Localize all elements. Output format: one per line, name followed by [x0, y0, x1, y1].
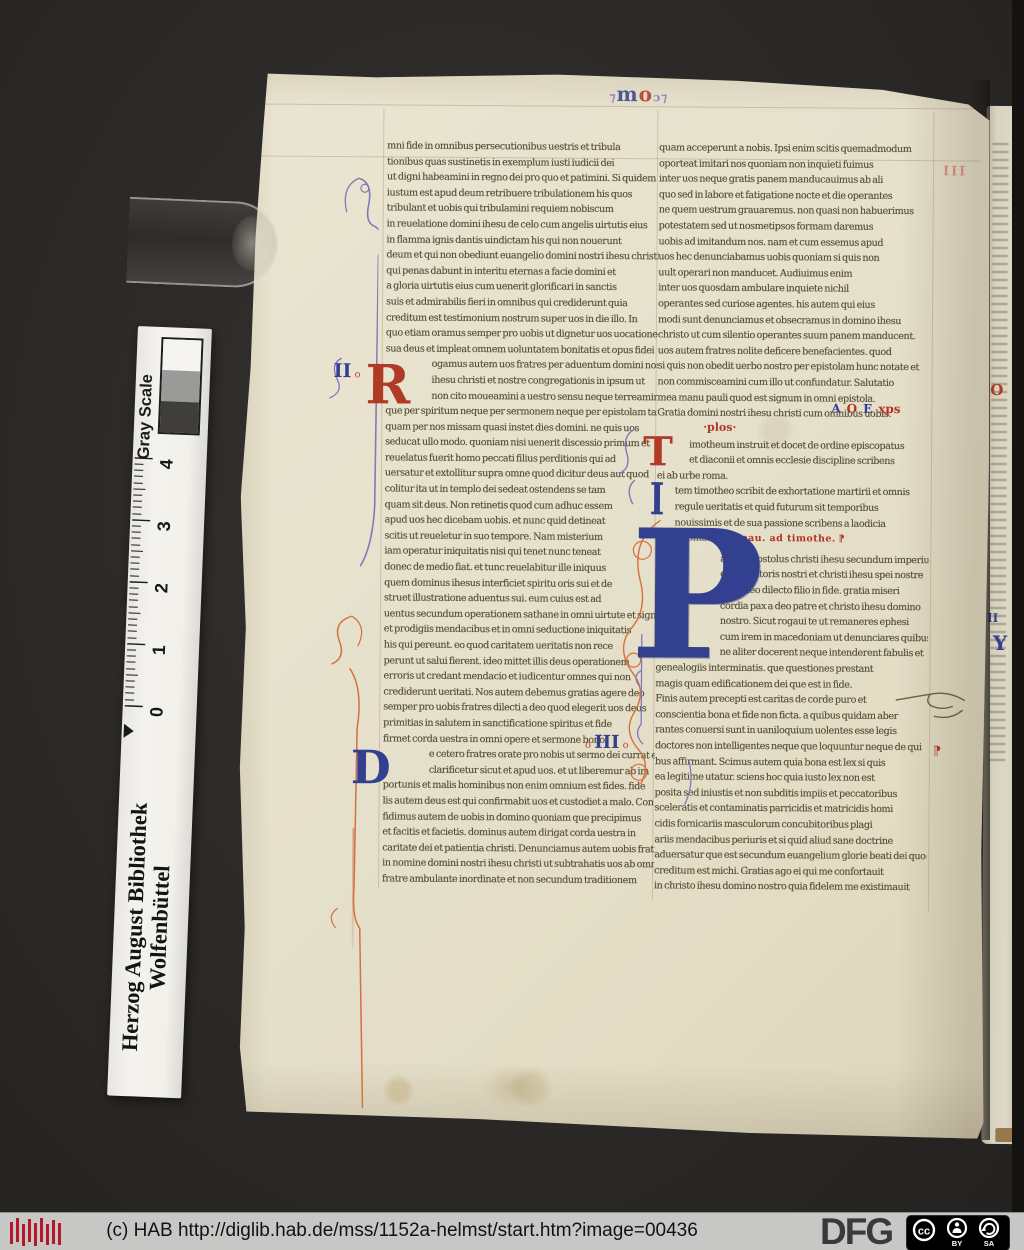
facing-page-text-blur: [989, 141, 1008, 761]
digitized-manuscript-photo: { "footer": { "copyright_url": "(c) HAB …: [0, 0, 1024, 1250]
manuscript-text-line: iam operatur iniquitatis nisi qui tenet …: [384, 544, 656, 561]
manuscript-text-line: portunis et malis hominibus non enim omn…: [383, 778, 655, 795]
manuscript-text-line: ariis mendacibus periuris et si quid ali…: [654, 832, 926, 849]
folio-number: III: [943, 164, 967, 179]
rubric-paragraph-mark: ⁋: [838, 534, 845, 545]
manuscript-text-line: crediderunt ueritati. Nos autem debemus …: [383, 684, 655, 701]
running-title-flourish: ɔ⁊: [653, 90, 668, 104]
running-title: ⁊moɔ⁊: [609, 82, 668, 106]
manuscript-text-line: in christo ihesu domino nostro quia fide…: [654, 879, 926, 896]
manuscript-text-line: uos hec denunciabamus uobis quoniam si q…: [658, 249, 930, 266]
orange-margin-flourish: [318, 608, 367, 1108]
ruler-number-4: 4: [156, 459, 177, 470]
running-title-letter-blue: m: [616, 82, 638, 106]
manuscript-text-line: uentus secundum operationem sathane in o…: [384, 606, 656, 623]
manuscript-text-line: his qui pereunt. eo quod caritatem uerit…: [384, 637, 656, 654]
manuscript-text-line: quam acceperunt a nobis. Ipsi enim sciti…: [659, 140, 931, 157]
manuscript-text-line: uult operari non manducet. Audiuimus eni…: [658, 265, 930, 282]
manuscript-text-line: ogamus autem uos fratres per aduentum do…: [386, 357, 658, 374]
ruler-number-3: 3: [154, 521, 175, 532]
chapter-number-ii: II o: [334, 360, 361, 382]
manuscript-text-line: tionibus quas sustinetis in exemplum ius…: [387, 154, 659, 171]
left-text-column: mni fide in omnibus persecutionibus uest…: [382, 138, 659, 888]
ruler-arrow-mark: [123, 724, 134, 738]
manuscript-text-line: ne quem uestrum grauaremus. non quasi no…: [659, 203, 931, 220]
manuscript-text-line: deum et qui non obediunt euangelio domin…: [386, 248, 658, 265]
manuscript-text-line: christo ut cum silentio operantes suum p…: [658, 327, 930, 344]
manuscript-text-line: fratre ambulante inordinate et non secun…: [382, 871, 654, 888]
page-holder-clip: [126, 197, 280, 289]
clip-tip-highlight: [231, 215, 273, 271]
manuscript-text-line: caritate dei et patientia christi. Denun…: [382, 840, 654, 857]
manuscript-text-line: operantes sed curiose agentes. his autem…: [658, 296, 930, 313]
manuscript-text-line: non cito moueamini a uestro sensu neque …: [385, 388, 657, 405]
manuscript-text-line: uobis ad imitandum nos. nam et cum essem…: [658, 234, 930, 251]
initial-t: T: [643, 428, 673, 475]
manuscript-text-line: oporteat imitari nos quoniam non inquiet…: [659, 156, 931, 173]
right-section-prologue1: imotheum instruit et docet de ordine epi…: [657, 437, 929, 486]
left-section-chapter2: ogamus autem uos fratres per aduentum do…: [383, 357, 658, 749]
grayscale-label: Gray Scale: [135, 334, 159, 460]
cc-by-label: BY: [952, 1239, 962, 1248]
ruler-number-2: 2: [151, 583, 172, 594]
manuscript-text-line: inter uos neque gratis panem manducauimu…: [659, 172, 931, 189]
manuscript-text-line: et diaconii et omnis ecclesie discipline…: [657, 453, 929, 470]
manuscript-text-line: qui penas dabunt in interitu eternas a f…: [386, 263, 658, 280]
cc-by-sa-icons: cc BY SA: [907, 1216, 1007, 1248]
left-section-chapter3: e cetero fratres orate pro nobis ut serm…: [382, 747, 655, 889]
explicit-mark: ·plos·: [703, 421, 736, 434]
binding-sliver: [995, 1128, 1013, 1142]
initial-d: D: [351, 740, 391, 794]
manuscript-text-line: in flamma ignis dantis uindictam his qui…: [386, 232, 658, 249]
running-title-letter-red: o: [639, 82, 654, 106]
manuscript-text-line: ei ab urbe roma.: [657, 468, 929, 485]
footer-bar: (c) HAB http://diglib.hab.de/mss/1152a-h…: [0, 1212, 1024, 1250]
patch-darkgray: [160, 401, 199, 434]
initial-r: R: [365, 352, 410, 416]
chapter-number-iii: o III o: [585, 732, 629, 753]
dfg-logo: DFG: [820, 1211, 892, 1250]
manuscript-text-line: struet illustratione aduentus sui. eum c…: [384, 591, 656, 608]
manuscript-text-line: uos autem fratres nolite deficere benefa…: [658, 343, 930, 360]
facing-page-red-initial: O: [990, 381, 1003, 399]
manuscript-text-line: inter uos quosdam ambulare inquiete nich…: [658, 281, 930, 298]
manuscript-text-line: in reuelatione domini ihesu de celo cum …: [387, 216, 659, 233]
institution-line2: Wolfenbüttel: [144, 865, 174, 991]
manuscript-text-line: non commisceamini cum illo ut confundatu…: [657, 374, 929, 391]
creative-commons-badge: cc BY SA: [906, 1215, 1010, 1250]
patch-midgray: [161, 370, 200, 403]
manuscript-text-line: ut digni habeamini in regno dei pro quo …: [387, 170, 659, 187]
manuscript-text-line: iustum est apud deum retribuere tribulat…: [387, 185, 659, 202]
manuscript-text-line: si quis non obedit uerbo nostro per epis…: [658, 359, 930, 376]
manuscript-text-line: donec de medio fiat. et tunc reuelabitur…: [384, 559, 656, 576]
manuscript-text-line: quem dominus ihesus interficiet spiritu …: [384, 575, 656, 592]
red-margin-mark: ⁋: [933, 744, 941, 759]
manuscript-text-line: semper pro uobis fratres dilecti a deo q…: [383, 700, 655, 717]
manuscript-text-line: aduersatur que est secundum euangelium g…: [654, 847, 926, 864]
grayscale-ruler-strip: Gray Scale 4 3 2 1 0 Herzog August Bibli…: [107, 326, 212, 1098]
manuscript-text-line: perunt ut salui fierent. ideo mittet ill…: [384, 653, 656, 670]
explicit-capitals: AOExps: [831, 402, 900, 416]
manuscript-text-line: sua deus et impleat omnem uoluntatem bon…: [386, 341, 658, 358]
manuscript-text-line: a gloria uirtutis eius cum uenerit glori…: [386, 279, 658, 296]
manuscript-text-line: erroris ut credant mendacio et iudicentu…: [383, 669, 655, 686]
manuscript-text-line: creditum est michi. Gratias ago ei qui m…: [654, 863, 926, 880]
facing-page-blue-initial: Y: [993, 631, 1007, 655]
manuscript-text-line: et prodigiis mendacibus et in omni seduc…: [384, 622, 656, 639]
manuscript-text-line: creditum est testimonium nostrum super u…: [386, 310, 658, 327]
manuscript-text-line: lis autem deus est qui confirmabit uos e…: [383, 793, 655, 810]
parchment-stain: [480, 1064, 540, 1109]
manuscript-text-line: fidimus autem de uobis in domino quoniam…: [382, 809, 654, 826]
manuscript-text-line: suis et admirabilis fieri in omnibus qui…: [386, 294, 658, 311]
manuscript-text-line: et facitis et facietis. dominus autem di…: [382, 825, 654, 842]
copyright-url-text: (c) HAB http://diglib.hab.de/mss/1152a-h…: [0, 1220, 804, 1242]
manuscript-text-line: in nomine domini nostri ihesu christi ut…: [382, 856, 654, 873]
ruler-number-0: 0: [146, 707, 167, 718]
manuscript-page: ⁊moɔ⁊ III mni fide in omnibus persecutio…: [230, 67, 991, 1140]
manuscript-text-line: tribulant et uobis qui tribulamini requi…: [387, 201, 659, 218]
manuscript-text-line: imotheum instruit et docet de ordine epi…: [657, 437, 929, 454]
book-spine-shadow: [1012, 0, 1024, 1250]
manuscript-text-line: ihesu christi et nostre congregationis i…: [386, 372, 658, 389]
manuscript-text-line: quo sed in labore et fatigatione nocte e…: [659, 187, 931, 204]
manuscript-text-line: primitias in salutem in sanctificatione …: [383, 715, 655, 732]
manicule-pointing-hand: [888, 680, 968, 731]
initial-p: P: [629, 506, 764, 685]
manuscript-text-line: cidis fornicariis masculorum concubitori…: [654, 816, 926, 833]
left-section-a: mni fide in omnibus persecutionibus uest…: [386, 138, 660, 358]
manuscript-text-line: modi sunt denunciamus et obsecramus in d…: [658, 312, 930, 329]
cc-sa-label: SA: [984, 1239, 995, 1248]
manuscript-text-line: potestatem sed ut nosmetipsos formam dar…: [659, 218, 931, 235]
manuscript-text-line: mni fide in omnibus persecutionibus uest…: [387, 138, 659, 155]
manuscript-text-line: scitis ut reueletur in suo tempore. Nam …: [384, 528, 656, 545]
ruler-number-1: 1: [149, 645, 170, 656]
svg-text:cc: cc: [918, 1226, 930, 1238]
right-section-thess-end: quam acceperunt a nobis. Ipsi enim sciti…: [657, 140, 931, 423]
manuscript-text-line: clarificetur sicut et apud uos. et ut li…: [383, 762, 655, 779]
grayscale-patches: [158, 337, 204, 436]
institution-label: Herzog August Bibliothek Wolfenbüttel: [115, 759, 178, 1096]
manuscript-text-line: quo etiam oramus semper pro uobis ut dig…: [386, 326, 658, 343]
manuscript-text-line: que per spiritum neque per sermonem nequ…: [385, 404, 657, 421]
manuscript-text-line: apud uos hec dicebam uobis. et nunc quid…: [385, 513, 657, 530]
patch-white: [162, 339, 201, 372]
